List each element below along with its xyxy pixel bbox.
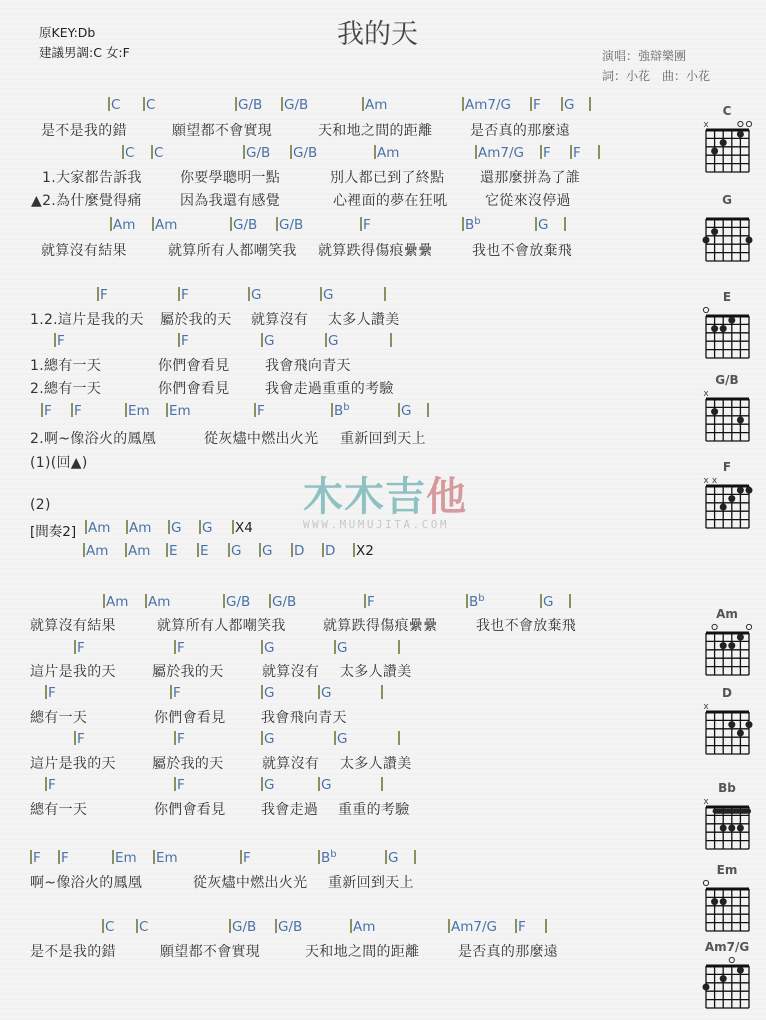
chord-symbol: F (240, 850, 251, 866)
lyric-segment: 從灰燼中燃出火光 (193, 872, 307, 892)
lyric-segment: 你們會看見 (158, 355, 230, 375)
bar-line (170, 685, 172, 699)
chord-name: D (325, 543, 335, 559)
bar-line (318, 777, 320, 791)
bar-line (540, 145, 542, 159)
performer-credit: 演唱：強辯樂團 (602, 47, 686, 64)
chord-name: F (61, 850, 69, 866)
chord-name: F (77, 731, 85, 747)
fretboard-grid: x (697, 387, 757, 449)
chord-name: B (465, 217, 474, 233)
chord-name: F (177, 777, 185, 793)
chord-name: Am (86, 543, 108, 559)
chord-symbol: Am (85, 520, 110, 536)
chord-symbol: G (228, 543, 241, 559)
bar-line (243, 145, 245, 159)
chord-symbol: Em (112, 850, 137, 866)
chord-symbol: G (168, 520, 181, 536)
bar-line (261, 731, 263, 745)
fretboard-grid (697, 304, 757, 366)
chord-name: F (177, 731, 185, 747)
bar-line (598, 145, 600, 159)
bar-line (125, 403, 127, 417)
chord-symbol: Em (125, 403, 150, 419)
chord-symbol: C (143, 97, 155, 113)
chord-name: B (334, 403, 343, 419)
bar-line (199, 520, 201, 534)
bar-line (74, 640, 76, 654)
chord-name: G (264, 685, 274, 701)
lyric-segment: 重新回到天上 (328, 872, 414, 892)
chord-diagram-name: Am7/G (697, 940, 757, 954)
bar-line (30, 850, 32, 864)
chord-name: F (177, 640, 185, 656)
bar-line (269, 594, 271, 608)
bar-line (108, 97, 110, 111)
svg-text:x: x (712, 476, 718, 486)
bar-end: X2 (353, 543, 374, 559)
lyric-segment: 就算沒有結果 (41, 240, 127, 260)
chord-name: C (105, 919, 114, 935)
lyric-segment: 你們會看見 (154, 707, 226, 727)
bar-line (462, 217, 464, 231)
bar-line (362, 97, 364, 111)
bar-line (448, 919, 450, 933)
chord-symbol: Am (103, 594, 128, 610)
lyric-segment: 它從來沒停過 (485, 190, 571, 210)
bar-line (398, 731, 400, 745)
lyric-segment: 太多人讚美 (328, 309, 400, 329)
chord-symbol: G (385, 850, 398, 866)
bar-line (535, 217, 537, 231)
chord-symbol: G (318, 685, 331, 701)
bar-line (515, 919, 517, 933)
bar-line (381, 777, 383, 791)
chord-symbol: F (97, 287, 108, 303)
chord-name: G (337, 640, 347, 656)
bar-line (228, 543, 230, 557)
chord-symbol: F (178, 287, 189, 303)
chord-name: F (100, 287, 108, 303)
bar-line (364, 594, 366, 608)
chord-symbol: G (261, 333, 274, 349)
bar-line (74, 731, 76, 745)
chord-name: F (77, 640, 85, 656)
header-original-key: 原KEY:Db (39, 23, 95, 41)
chord-symbol: Am (145, 594, 170, 610)
chord-name: F (367, 594, 375, 610)
chord-symbol: Am (110, 217, 135, 233)
chord-symbol: Em (153, 850, 178, 866)
bar-line (398, 640, 400, 654)
chord-symbol: Am7/G (448, 919, 497, 935)
chord-symbol: G (561, 97, 574, 113)
bar-line (136, 919, 138, 933)
chord-symbol: G/B (281, 97, 308, 113)
chord-name: G/B (284, 97, 308, 113)
bar-line (232, 520, 234, 534)
bar-line (143, 97, 145, 111)
bar-line (153, 850, 155, 864)
bar-end (564, 217, 567, 233)
chord-name: F (44, 403, 52, 419)
chord-name: G (543, 594, 553, 610)
chord-name: Em (128, 403, 150, 419)
chord-name: G/B (233, 217, 257, 233)
chord-symbol: G (261, 640, 274, 656)
bar-end (589, 97, 592, 113)
bar-line (545, 919, 547, 933)
bar-end (414, 850, 417, 866)
chord-symbol: F (71, 403, 82, 419)
lyric-segment: 你們會看見 (158, 378, 230, 398)
bar-end (598, 145, 601, 161)
lyric-segment: 太多人讚美 (340, 661, 412, 681)
chord-diagram-d: Dx (697, 686, 757, 762)
bar-line (281, 97, 283, 111)
chord-name: F (533, 97, 541, 113)
bar-line (322, 543, 324, 557)
bar-line (276, 217, 278, 231)
chord-name: G/B (293, 145, 317, 161)
lyric-segment: 就算所有人都嘲笑我 (157, 615, 286, 635)
chord-name: F (48, 777, 56, 793)
chord-name: C (146, 97, 155, 113)
fretboard-grid (697, 877, 757, 939)
lyric-segment: (1)(回▲) (30, 452, 88, 472)
chord-flat-superscript: b (330, 849, 336, 860)
bar-line (152, 217, 154, 231)
chord-symbol: Am (362, 97, 387, 113)
bar-end (381, 777, 384, 793)
chord-symbol: F (30, 850, 41, 866)
bar-line (235, 97, 237, 111)
bar-line (151, 145, 153, 159)
chord-name: Am (148, 594, 170, 610)
bar-line (223, 594, 225, 608)
chord-symbol: G (325, 333, 338, 349)
chord-name: F (181, 333, 189, 349)
bar-line (462, 97, 464, 111)
chord-name: G (171, 520, 181, 536)
chord-name: F (33, 850, 41, 866)
chord-symbol: F (540, 145, 551, 161)
lyricist-composer-credit: 詞：小花 曲：小花 (602, 67, 710, 84)
chord-name: Am7/G (478, 145, 524, 161)
chord-name: Am (88, 520, 110, 536)
chord-symbol: D (291, 543, 304, 559)
chord-name: C (125, 145, 134, 161)
fretboard-grid (697, 207, 757, 269)
chord-symbol: F (58, 850, 69, 866)
chord-name: Em (115, 850, 137, 866)
lyric-segment: 是不是我的錯 (41, 120, 127, 140)
lyric-segment: 你要學聰明一點 (180, 167, 280, 187)
fretboard-grid: x (697, 118, 757, 180)
bar-line (334, 640, 336, 654)
watermark-text-b: 吉 (385, 474, 426, 520)
chord-name: F (518, 919, 526, 935)
lyric-segment: 總有一天 (30, 799, 87, 819)
chord-name: F (363, 217, 371, 233)
chord-symbol: F (174, 640, 185, 656)
lyric-segment: 心裡面的夢在狂吼 (333, 190, 447, 210)
bar-line (385, 850, 387, 864)
chord-diagram-em: Em (697, 863, 757, 939)
chord-name: G (251, 287, 261, 303)
bar-line (589, 97, 591, 111)
chord-symbol: G (398, 403, 411, 419)
chord-symbol: F (530, 97, 541, 113)
chord-symbol: G/B (290, 145, 317, 161)
chord-name: Am (106, 594, 128, 610)
lyric-segment: 天和地之間的距離 (305, 941, 419, 961)
bar-line (41, 403, 43, 417)
chord-diagram-name: F (697, 460, 757, 474)
lyric-segment: 2.總有一天 (30, 378, 101, 398)
bar-line (112, 850, 114, 864)
bar-line (569, 594, 571, 608)
bar-line (125, 543, 127, 557)
bar-line (102, 919, 104, 933)
chord-name: G (202, 520, 212, 536)
bar-line (45, 777, 47, 791)
chord-symbol: G/B (235, 97, 262, 113)
chord-name: G (264, 731, 274, 747)
chord-name: Am (365, 97, 387, 113)
chord-symbol: Bb (318, 850, 337, 866)
chord-name: G/B (279, 217, 303, 233)
bar-line (561, 97, 563, 111)
bar-line (145, 594, 147, 608)
chord-name: G (388, 850, 398, 866)
chord-symbol: C (108, 97, 120, 113)
chord-name: F (74, 403, 82, 419)
chord-name: G/B (246, 145, 270, 161)
section-label: [間奏2] (30, 520, 76, 540)
chord-name: Am (353, 919, 375, 935)
chord-name: C (111, 97, 120, 113)
repeat-count: X4 (235, 520, 253, 536)
bar-line (261, 685, 263, 699)
chord-symbol: Am7/G (462, 97, 511, 113)
lyric-segment: 我會飛向青天 (261, 707, 347, 727)
chord-name: F (173, 685, 181, 701)
bar-line (331, 403, 333, 417)
bar-line (168, 520, 170, 534)
bar-line (570, 145, 572, 159)
lyric-segment: 因為我還有感覺 (180, 190, 280, 210)
chord-symbol: F (45, 777, 56, 793)
bar-line (103, 594, 105, 608)
chord-symbol: G (261, 777, 274, 793)
bar-end (427, 403, 430, 419)
chord-symbol: F (570, 145, 581, 161)
chord-name: Am (113, 217, 135, 233)
chord-name: G (231, 543, 241, 559)
bar-line (97, 287, 99, 301)
lyric-segment: 1.總有一天 (30, 355, 101, 375)
lyric-segment: 是否真的那麼遠 (470, 120, 570, 140)
lyric-segment: 1.大家都告訴我 (42, 167, 142, 187)
chord-name: G/B (272, 594, 296, 610)
chord-flat-superscript: b (478, 593, 484, 604)
lyric-segment: 我也不會放棄飛 (472, 240, 572, 260)
chord-symbol: G/B (269, 594, 296, 610)
bar-line (240, 850, 242, 864)
fretboard-grid (697, 621, 757, 683)
chord-name: G/B (238, 97, 262, 113)
chord-name: D (294, 543, 304, 559)
chord-symbol: F (515, 919, 526, 935)
bar-line (398, 403, 400, 417)
bar-line (360, 217, 362, 231)
chord-name: G (337, 731, 347, 747)
chord-symbol: G (261, 685, 274, 701)
bar-end (390, 333, 393, 349)
lyric-segment: ▲2.為什麼覺得痛 (31, 190, 142, 210)
chord-diagram-g-b: G/Bx (697, 373, 757, 449)
chord-symbol: G (259, 543, 272, 559)
bar-line (275, 919, 277, 933)
chord-diagram-c: Cx (697, 104, 757, 180)
chord-symbol: Am (125, 543, 150, 559)
lyric-segment: 願望都不會實現 (172, 120, 272, 140)
lyric-segment: 屬於我的天 (160, 309, 232, 329)
lyric-segment: 我會走過 (261, 799, 318, 819)
chord-symbol: Am (83, 543, 108, 559)
bar-line (166, 403, 168, 417)
bar-line (390, 333, 392, 347)
watermark-text-a: 木木 (303, 474, 385, 520)
lyric-segment: 我會走過重重的考驗 (265, 378, 394, 398)
watermark-logo: 木木吉他 WWW.MUMUJITA.COM (303, 477, 467, 531)
chord-symbol: G (540, 594, 553, 610)
bar-line (381, 685, 383, 699)
chord-name: F (243, 850, 251, 866)
svg-text:x: x (703, 389, 709, 399)
bar-line (178, 333, 180, 347)
chord-name: G (321, 777, 331, 793)
chord-diagram-name: E (697, 290, 757, 304)
chord-symbol: G (320, 287, 333, 303)
header-suggested-key: 建議男調:C 女:F (39, 43, 130, 61)
bar-line (45, 685, 47, 699)
lyric-segment: 還那麼拼為了誰 (480, 167, 580, 187)
bar-line (384, 287, 386, 301)
bar-line (374, 145, 376, 159)
bar-line (122, 145, 124, 159)
chord-symbol: F (74, 640, 85, 656)
lyric-segment: 重新回到天上 (340, 428, 426, 448)
chord-symbol: G (248, 287, 261, 303)
chord-symbol: D (322, 543, 335, 559)
lyric-segment: 從灰燼中燃出火光 (204, 428, 318, 448)
lyric-segment: (2) (30, 497, 51, 513)
bar-line (540, 594, 542, 608)
chord-symbol: G (334, 731, 347, 747)
chord-symbol: Am (126, 520, 151, 536)
chord-symbol: G (334, 640, 347, 656)
svg-text:x: x (703, 702, 709, 712)
chord-symbol: E (197, 543, 209, 559)
bar-line (318, 850, 320, 864)
chord-symbol: Em (166, 403, 191, 419)
bar-line (230, 217, 232, 231)
chord-symbol: C (151, 145, 163, 161)
bar-end: X4 (232, 520, 253, 536)
lyric-segment: 別人都已到了終點 (330, 167, 444, 187)
lyric-segment: 就算沒有 (251, 309, 308, 329)
bar-line (414, 850, 416, 864)
chord-name: F (543, 145, 551, 161)
chord-diagram-g: G (697, 193, 757, 269)
chord-flat-superscript: b (343, 402, 349, 413)
bar-line (229, 919, 231, 933)
lyric-segment: 就算跌得傷痕纍纍 (323, 615, 437, 635)
lyric-segment: 就算所有人都嘲笑我 (168, 240, 297, 260)
bar-end (398, 731, 401, 747)
bar-end (381, 685, 384, 701)
chord-diagram-f: Fxx (697, 460, 757, 536)
chord-name: F (573, 145, 581, 161)
bar-line (85, 520, 87, 534)
lyric-segment: 2.啊~像浴火的鳳凰 (30, 428, 156, 448)
bar-line (261, 640, 263, 654)
chord-name: Am (129, 520, 151, 536)
fretboard-grid (697, 954, 757, 1016)
chord-symbol: F (74, 731, 85, 747)
watermark-url: WWW.MUMUJITA.COM (303, 518, 467, 531)
chord-diagram-name: D (697, 686, 757, 700)
lyric-segment: 太多人讚美 (340, 753, 412, 773)
bar-line (58, 850, 60, 864)
bar-line (261, 777, 263, 791)
chord-name: C (154, 145, 163, 161)
lyric-segment: 屬於我的天 (152, 753, 224, 773)
chord-flat-superscript: b (474, 216, 480, 227)
chord-name: F (57, 333, 65, 349)
chord-name: G (262, 543, 272, 559)
svg-text:x: x (703, 797, 709, 807)
chord-name: G/B (226, 594, 250, 610)
chord-symbol: G/B (276, 217, 303, 233)
bar-end (398, 640, 401, 656)
bar-end (384, 287, 387, 303)
watermark-text-c: 他 (426, 474, 467, 520)
lyric-segment: 我會飛向青天 (265, 355, 351, 375)
chord-name: Am (155, 217, 177, 233)
lyric-segment: 天和地之間的距離 (318, 120, 432, 140)
chord-diagram-name: Bb (697, 781, 757, 795)
bar-end (545, 919, 548, 935)
chord-symbol: Am (152, 217, 177, 233)
bar-line (427, 403, 429, 417)
lyric-segment: 總有一天 (30, 707, 87, 727)
chord-name: G (264, 777, 274, 793)
chord-symbol: Bb (466, 594, 485, 610)
song-title: 我的天 (337, 12, 418, 51)
chord-name: Em (169, 403, 191, 419)
bar-line (475, 145, 477, 159)
lyric-segment: 就算沒有結果 (30, 615, 116, 635)
chord-diagram-name: C (697, 104, 757, 118)
chord-symbol: G (199, 520, 212, 536)
chord-name: G (564, 97, 574, 113)
bar-line (126, 520, 128, 534)
chord-symbol: G/B (229, 919, 256, 935)
chord-name: G (323, 287, 333, 303)
